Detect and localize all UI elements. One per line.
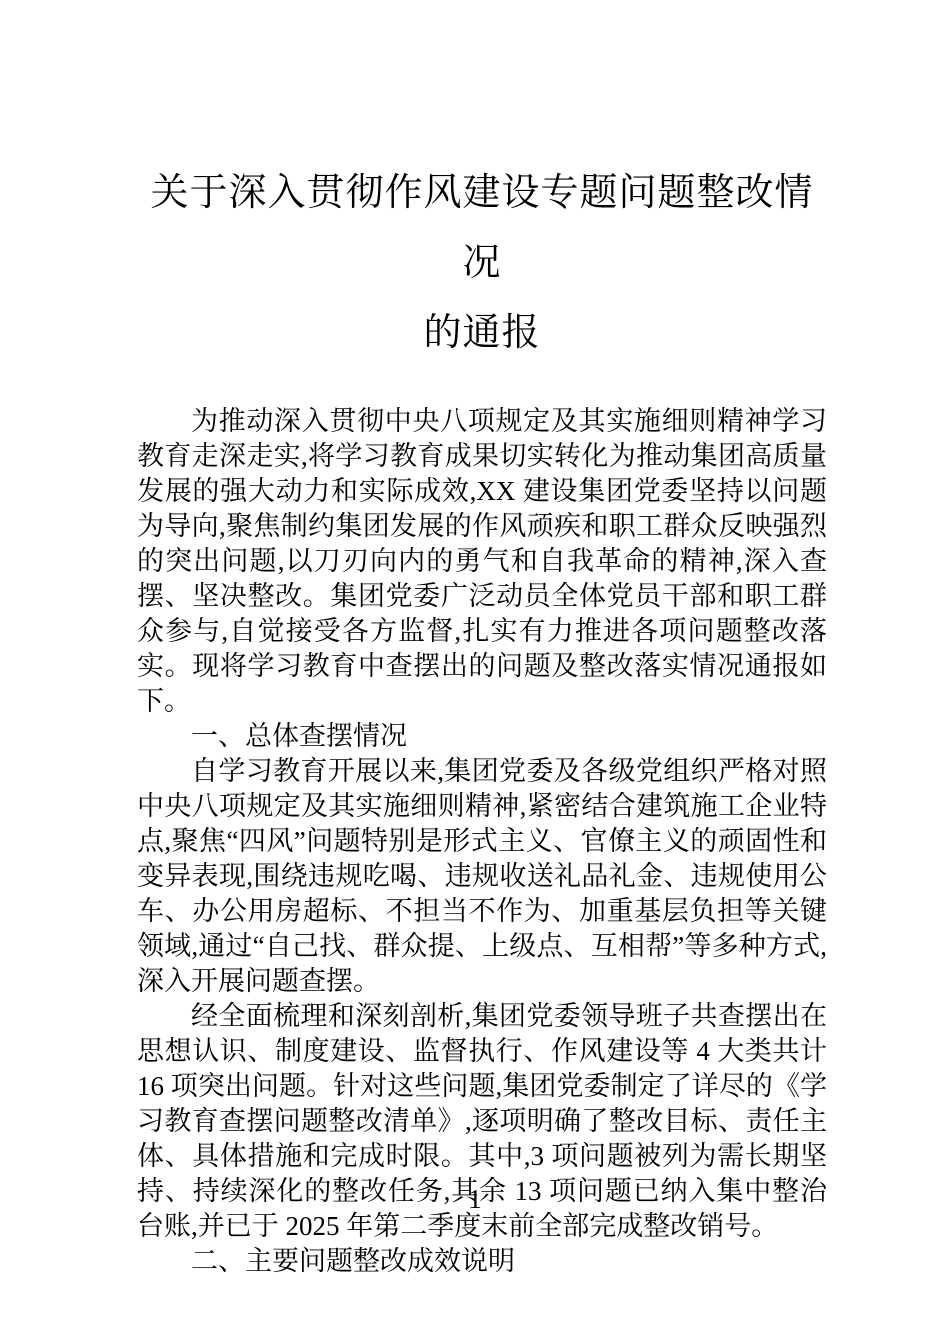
document-title-line-2: 的通报 bbox=[137, 298, 827, 368]
document-body: 为推动深入贯彻中央八项规定及其实施细则精神学习教育走深走实,将学习教育成果切实转… bbox=[137, 404, 827, 1279]
document-page: 关于深入贯彻作风建设专题问题整改情况 的通报 为推动深入贯彻中央八项规定及其实施… bbox=[0, 0, 950, 1344]
document-title: 关于深入贯彻作风建设专题问题整改情况 的通报 bbox=[137, 158, 827, 368]
section-heading-overall-review: 一、总体查摆情况 bbox=[137, 719, 827, 754]
section-heading-rectification-results: 二、主要问题整改成效说明 bbox=[137, 1244, 827, 1279]
paragraph-review-process: 自学习教育开展以来,集团党委及各级党组织严格对照中央八项规定及其实施细则精神,紧… bbox=[137, 754, 827, 999]
page-number: 1 bbox=[0, 1182, 950, 1217]
document-title-line-1: 关于深入贯彻作风建设专题问题整改情况 bbox=[137, 158, 827, 298]
paragraph-intro: 为推动深入贯彻中央八项规定及其实施细则精神学习教育走深走实,将学习教育成果切实转… bbox=[137, 404, 827, 719]
